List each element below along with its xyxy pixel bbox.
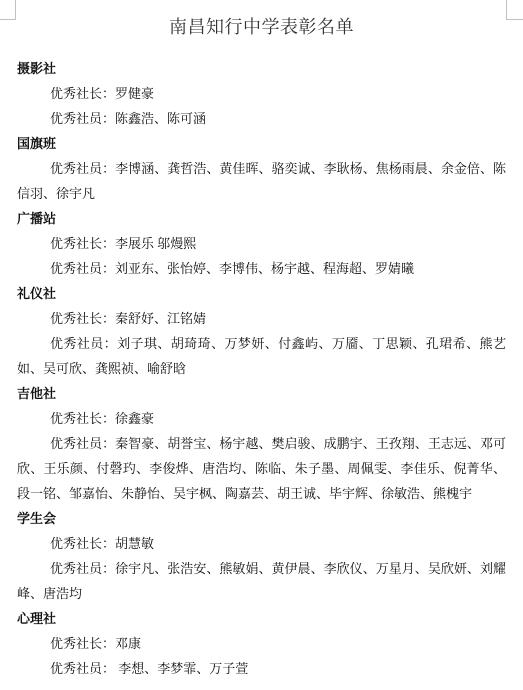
award-label: 优秀社长： [50, 536, 115, 551]
award-label: 优秀社长： [50, 311, 115, 326]
award-names: 陈鑫浩、陈可涵 [115, 111, 206, 126]
page-crop-mark-top-right-vertical [506, 0, 507, 20]
award-names: 李想、李梦霏、万子萱 [115, 661, 248, 676]
award-line: 优秀社长：胡慧敏 [17, 531, 506, 556]
club-section: 广播站 优秀社长：李展乐 邬熳熙 优秀社员：刘亚东、张怡婷、李博伟、杨宇越、程海… [17, 206, 506, 281]
club-name: 广播站 [17, 206, 506, 231]
club-name: 礼仪社 [17, 281, 506, 306]
award-label: 优秀社员： [50, 661, 115, 676]
award-names: 秦舒妤、江铭婧 [115, 311, 206, 326]
club-section: 心理社 优秀社长：邓康 优秀社员： 李想、李梦霏、万子萱 [17, 606, 506, 681]
award-label: 优秀社员： [50, 161, 115, 176]
award-label: 优秀社长： [50, 86, 115, 101]
sections-container: 摄影社 优秀社长：罗健豪 优秀社员：陈鑫浩、陈可涵 国旗班 优秀社员：李博涵、龚… [17, 56, 506, 681]
award-line: 优秀社长：秦舒妤、江铭婧 [17, 306, 506, 331]
club-name: 摄影社 [17, 56, 506, 81]
award-line: 优秀社长：李展乐 邬熳熙 [17, 231, 506, 256]
page-crop-mark-top-right-horizontal [506, 19, 523, 20]
club-name: 心理社 [17, 606, 506, 631]
award-line: 优秀社员：徐宇凡、张浩安、熊敏娟、黄伊晨、李欣仪、万星月、吴欣妍、刘耀峰、唐浩均 [17, 556, 506, 606]
award-label: 优秀社员： [50, 436, 115, 451]
award-label: 优秀社长： [50, 411, 115, 426]
award-line: 优秀社长：徐鑫豪 [17, 406, 506, 431]
club-section: 国旗班 优秀社员：李博涵、龚哲浩、黄佳晖、骆奕诚、李耿杨、焦杨雨晨、余金倍、陈信… [17, 131, 506, 206]
award-label: 优秀社员： [50, 261, 115, 276]
award-names: 邓康 [115, 636, 141, 651]
award-names: 罗健豪 [115, 86, 154, 101]
award-label: 优秀社长： [50, 236, 115, 251]
award-line: 优秀社员： 李想、李梦霏、万子萱 [17, 656, 506, 681]
page-crop-mark-top-left-horizontal [0, 19, 16, 20]
page-crop-mark-top-left-vertical [15, 0, 16, 20]
award-label: 优秀社长： [50, 636, 115, 651]
award-line: 优秀社长：罗健豪 [17, 81, 506, 106]
award-line: 优秀社员：刘亚东、张怡婷、李博伟、杨宇越、程海超、罗婧曦 [17, 256, 506, 281]
award-label: 优秀社员： [50, 336, 117, 351]
club-name: 国旗班 [17, 131, 506, 156]
award-label: 优秀社员： [50, 561, 115, 576]
award-line: 优秀社员：陈鑫浩、陈可涵 [17, 106, 506, 131]
award-line: 优秀社员：刘子琪、胡琦琦、万梦妍、付鑫屿、万靥、丁思颖、孔珺希、熊艺如、吴可欣、… [17, 331, 506, 381]
club-section: 吉他社 优秀社长：徐鑫豪 优秀社员：秦智豪、胡誉宝、杨宇越、樊启骏、成鹏宇、王孜… [17, 381, 506, 506]
document-title: 南昌知行中学表彰名单 [17, 13, 506, 41]
club-section: 摄影社 优秀社长：罗健豪 优秀社员：陈鑫浩、陈可涵 [17, 56, 506, 131]
award-label: 优秀社员： [50, 111, 115, 126]
club-section: 学生会 优秀社长：胡慧敏 优秀社员：徐宇凡、张浩安、熊敏娟、黄伊晨、李欣仪、万星… [17, 506, 506, 606]
award-names: 刘亚东、张怡婷、李博伟、杨宇越、程海超、罗婧曦 [115, 261, 414, 276]
award-names: 徐鑫豪 [115, 411, 154, 426]
document-page: 南昌知行中学表彰名单 摄影社 优秀社长：罗健豪 优秀社员：陈鑫浩、陈可涵 国旗班… [17, 13, 506, 681]
award-names: 李展乐 邬熳熙 [115, 236, 196, 251]
award-line: 优秀社员：李博涵、龚哲浩、黄佳晖、骆奕诚、李耿杨、焦杨雨晨、余金倍、陈信羽、徐宇… [17, 156, 506, 206]
award-line: 优秀社员：秦智豪、胡誉宝、杨宇越、樊启骏、成鹏宇、王孜翔、王志远、邓可欣、王乐颜… [17, 431, 506, 506]
award-line: 优秀社长：邓康 [17, 631, 506, 656]
club-name: 学生会 [17, 506, 506, 531]
club-name: 吉他社 [17, 381, 506, 406]
club-section: 礼仪社 优秀社长：秦舒妤、江铭婧 优秀社员：刘子琪、胡琦琦、万梦妍、付鑫屿、万靥… [17, 281, 506, 381]
award-names: 胡慧敏 [115, 536, 154, 551]
